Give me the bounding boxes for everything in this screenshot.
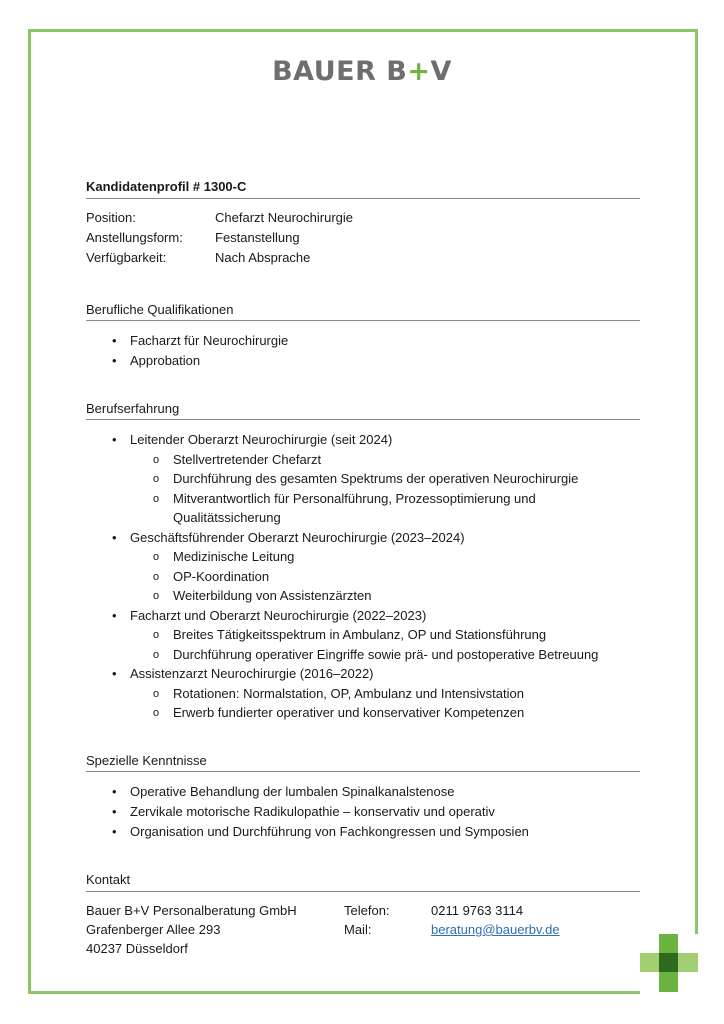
mail-label: Mail:	[344, 922, 371, 938]
bullet-icon: •	[112, 530, 117, 546]
field-value: Nach Absprache	[215, 250, 310, 266]
phone-value: 0211 9763 3114	[431, 903, 523, 919]
sub-bullet-icon: o	[153, 471, 159, 487]
contact-street: Grafenberger Allee 293	[86, 922, 220, 938]
bullet-icon: •	[112, 824, 117, 840]
experience-item: Facharzt und Oberarzt Neurochirurgie (20…	[130, 608, 426, 624]
logo-plus-icon: +	[407, 56, 430, 87]
sub-bullet-icon: o	[153, 549, 159, 565]
green-cross-icon-center	[659, 953, 678, 972]
bullet-icon: •	[112, 804, 117, 820]
skill-item: Zervikale motorische Radikulopathie – ko…	[130, 804, 495, 820]
bullet-icon: •	[112, 666, 117, 682]
field-label: Position:	[86, 210, 136, 226]
experience-subitem: Medizinische Leitung	[173, 549, 294, 565]
qualification-item: Approbation	[130, 353, 200, 369]
section-heading-contact: Kontakt	[86, 872, 130, 888]
email-link[interactable]: beratung@bauerbv.de	[431, 922, 560, 938]
section-heading-skills: Spezielle Kenntnisse	[86, 753, 207, 769]
page-frame-right	[695, 29, 698, 934]
sub-bullet-icon: o	[153, 452, 159, 468]
bullet-icon: •	[112, 333, 117, 349]
page-frame-top	[28, 29, 698, 32]
skill-item: Organisation und Durchführung von Fachko…	[130, 824, 529, 840]
title-divider	[86, 198, 640, 199]
field-value: Festanstellung	[215, 230, 300, 246]
experience-subitem: Stellvertretender Chefarzt	[173, 452, 321, 468]
profile-title: Kandidatenprofil # 1300-C	[86, 179, 246, 195]
company-logo: BAUER B+V	[0, 56, 724, 87]
experience-subitem: OP-Koordination	[173, 569, 269, 585]
sub-bullet-icon: o	[153, 686, 159, 702]
experience-item: Geschäftsführender Oberarzt Neurochirurg…	[130, 530, 465, 546]
experience-divider	[86, 419, 640, 420]
contact-company: Bauer B+V Personalberatung GmbH	[86, 903, 297, 919]
bullet-icon: •	[112, 432, 117, 448]
sub-bullet-icon: o	[153, 569, 159, 585]
sub-bullet-icon: o	[153, 627, 159, 643]
sub-bullet-icon: o	[153, 491, 159, 507]
phone-label: Telefon:	[344, 903, 390, 919]
experience-subitem: Rotationen: Normalstation, OP, Ambulanz …	[173, 686, 524, 702]
qualifications-divider	[86, 320, 640, 321]
experience-subitem: Durchführung des gesamten Spektrums der …	[173, 471, 578, 487]
experience-subitem: Breites Tätigkeitsspektrum in Ambulanz, …	[173, 627, 546, 643]
experience-subitem: Erwerb fundierter operativer und konserv…	[173, 705, 524, 721]
field-value: Chefarzt Neurochirurgie	[215, 210, 353, 226]
qualification-item: Facharzt für Neurochirurgie	[130, 333, 288, 349]
logo-text-suffix: V	[431, 56, 452, 87]
logo-text: BAUER B	[272, 56, 407, 87]
field-label: Anstellungsform:	[86, 230, 183, 246]
sub-bullet-icon: o	[153, 705, 159, 721]
experience-subitem: Mitverantwortlich für Personalführung, P…	[173, 491, 536, 507]
contact-divider	[86, 891, 640, 892]
skills-divider	[86, 771, 640, 772]
bullet-icon: •	[112, 608, 117, 624]
contact-city: 40237 Düsseldorf	[86, 941, 188, 957]
bullet-icon: •	[112, 353, 117, 369]
skill-item: Operative Behandlung der lumbalen Spinal…	[130, 784, 455, 800]
page-frame-left	[28, 29, 31, 994]
experience-subitem: Durchführung operativer Eingriffe sowie …	[173, 647, 598, 663]
sub-bullet-icon: o	[153, 647, 159, 663]
experience-item: Assistenzarzt Neurochirurgie (2016–2022)	[130, 666, 374, 682]
section-heading-qualifications: Berufliche Qualifikationen	[86, 302, 233, 318]
bullet-icon: •	[112, 784, 117, 800]
experience-subitem: Qualitätssicherung	[173, 510, 281, 526]
sub-bullet-icon: o	[153, 588, 159, 604]
experience-subitem: Weiterbildung von Assistenzärzten	[173, 588, 371, 604]
page-frame-bottom	[28, 991, 640, 994]
experience-item: Leitender Oberarzt Neurochirurgie (seit …	[130, 432, 392, 448]
section-heading-experience: Berufserfahrung	[86, 401, 179, 417]
field-label: Verfügbarkeit:	[86, 250, 166, 266]
